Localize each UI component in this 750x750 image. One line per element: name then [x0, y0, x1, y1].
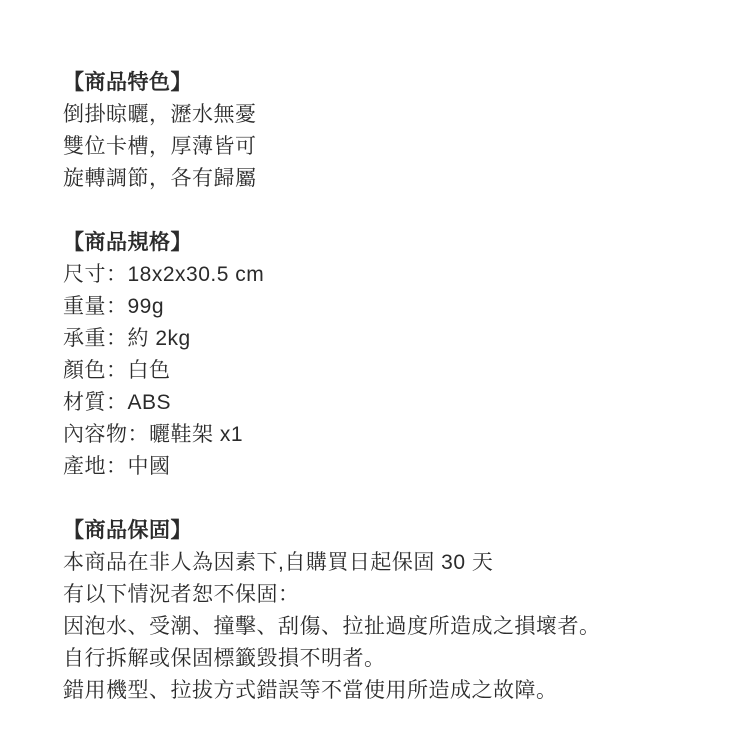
- spec-line-origin: 產地：中國: [63, 451, 714, 483]
- spec-line-color: 顏色：白色: [63, 355, 714, 387]
- warranty-line-exclusion-misuse: 錯用機型、拉拔方式錯誤等不當使用所造成之故障。: [63, 675, 714, 707]
- spec-line-contents: 內容物：曬鞋架 x1: [63, 419, 714, 451]
- spec-line-load-capacity: 承重：約 2kg: [63, 323, 714, 355]
- section-product-specs: 【商品規格】 尺寸：18x2x30.5 cm 重量：99g 承重：約 2kg 顏…: [63, 227, 714, 483]
- section-product-features: 【商品特色】 倒掛晾曬，瀝水無憂 雙位卡槽，厚薄皆可 旋轉調節，各有歸屬: [63, 67, 714, 195]
- feature-line: 雙位卡槽，厚薄皆可: [63, 131, 714, 163]
- warranty-line-exclusions-intro: 有以下情況者恕不保固：: [63, 579, 714, 611]
- section-title-warranty: 【商品保固】: [63, 515, 714, 547]
- section-title-features: 【商品特色】: [63, 67, 714, 99]
- product-description-page: { "page": { "background": "#ffffff", "te…: [0, 0, 750, 750]
- spec-line-dimensions: 尺寸：18x2x30.5 cm: [63, 259, 714, 291]
- section-product-warranty: 【商品保固】 本商品在非人為因素下,自購買日起保固 30 天 有以下情況者恕不保…: [63, 515, 714, 707]
- section-title-specs: 【商品規格】: [63, 227, 714, 259]
- spec-line-weight: 重量：99g: [63, 291, 714, 323]
- spec-line-material: 材質：ABS: [63, 387, 714, 419]
- product-description: 【商品特色】 倒掛晾曬，瀝水無憂 雙位卡槽，厚薄皆可 旋轉調節，各有歸屬 【商品…: [63, 67, 714, 707]
- feature-line: 倒掛晾曬，瀝水無憂: [63, 99, 714, 131]
- warranty-line-period: 本商品在非人為因素下,自購買日起保固 30 天: [63, 547, 714, 579]
- feature-line: 旋轉調節，各有歸屬: [63, 163, 714, 195]
- warranty-line-exclusion-tamper: 自行拆解或保固標籤毀損不明者。: [63, 643, 714, 675]
- warranty-line-exclusion-damage: 因泡水、受潮、撞擊、刮傷、拉扯過度所造成之損壞者。: [63, 611, 714, 643]
